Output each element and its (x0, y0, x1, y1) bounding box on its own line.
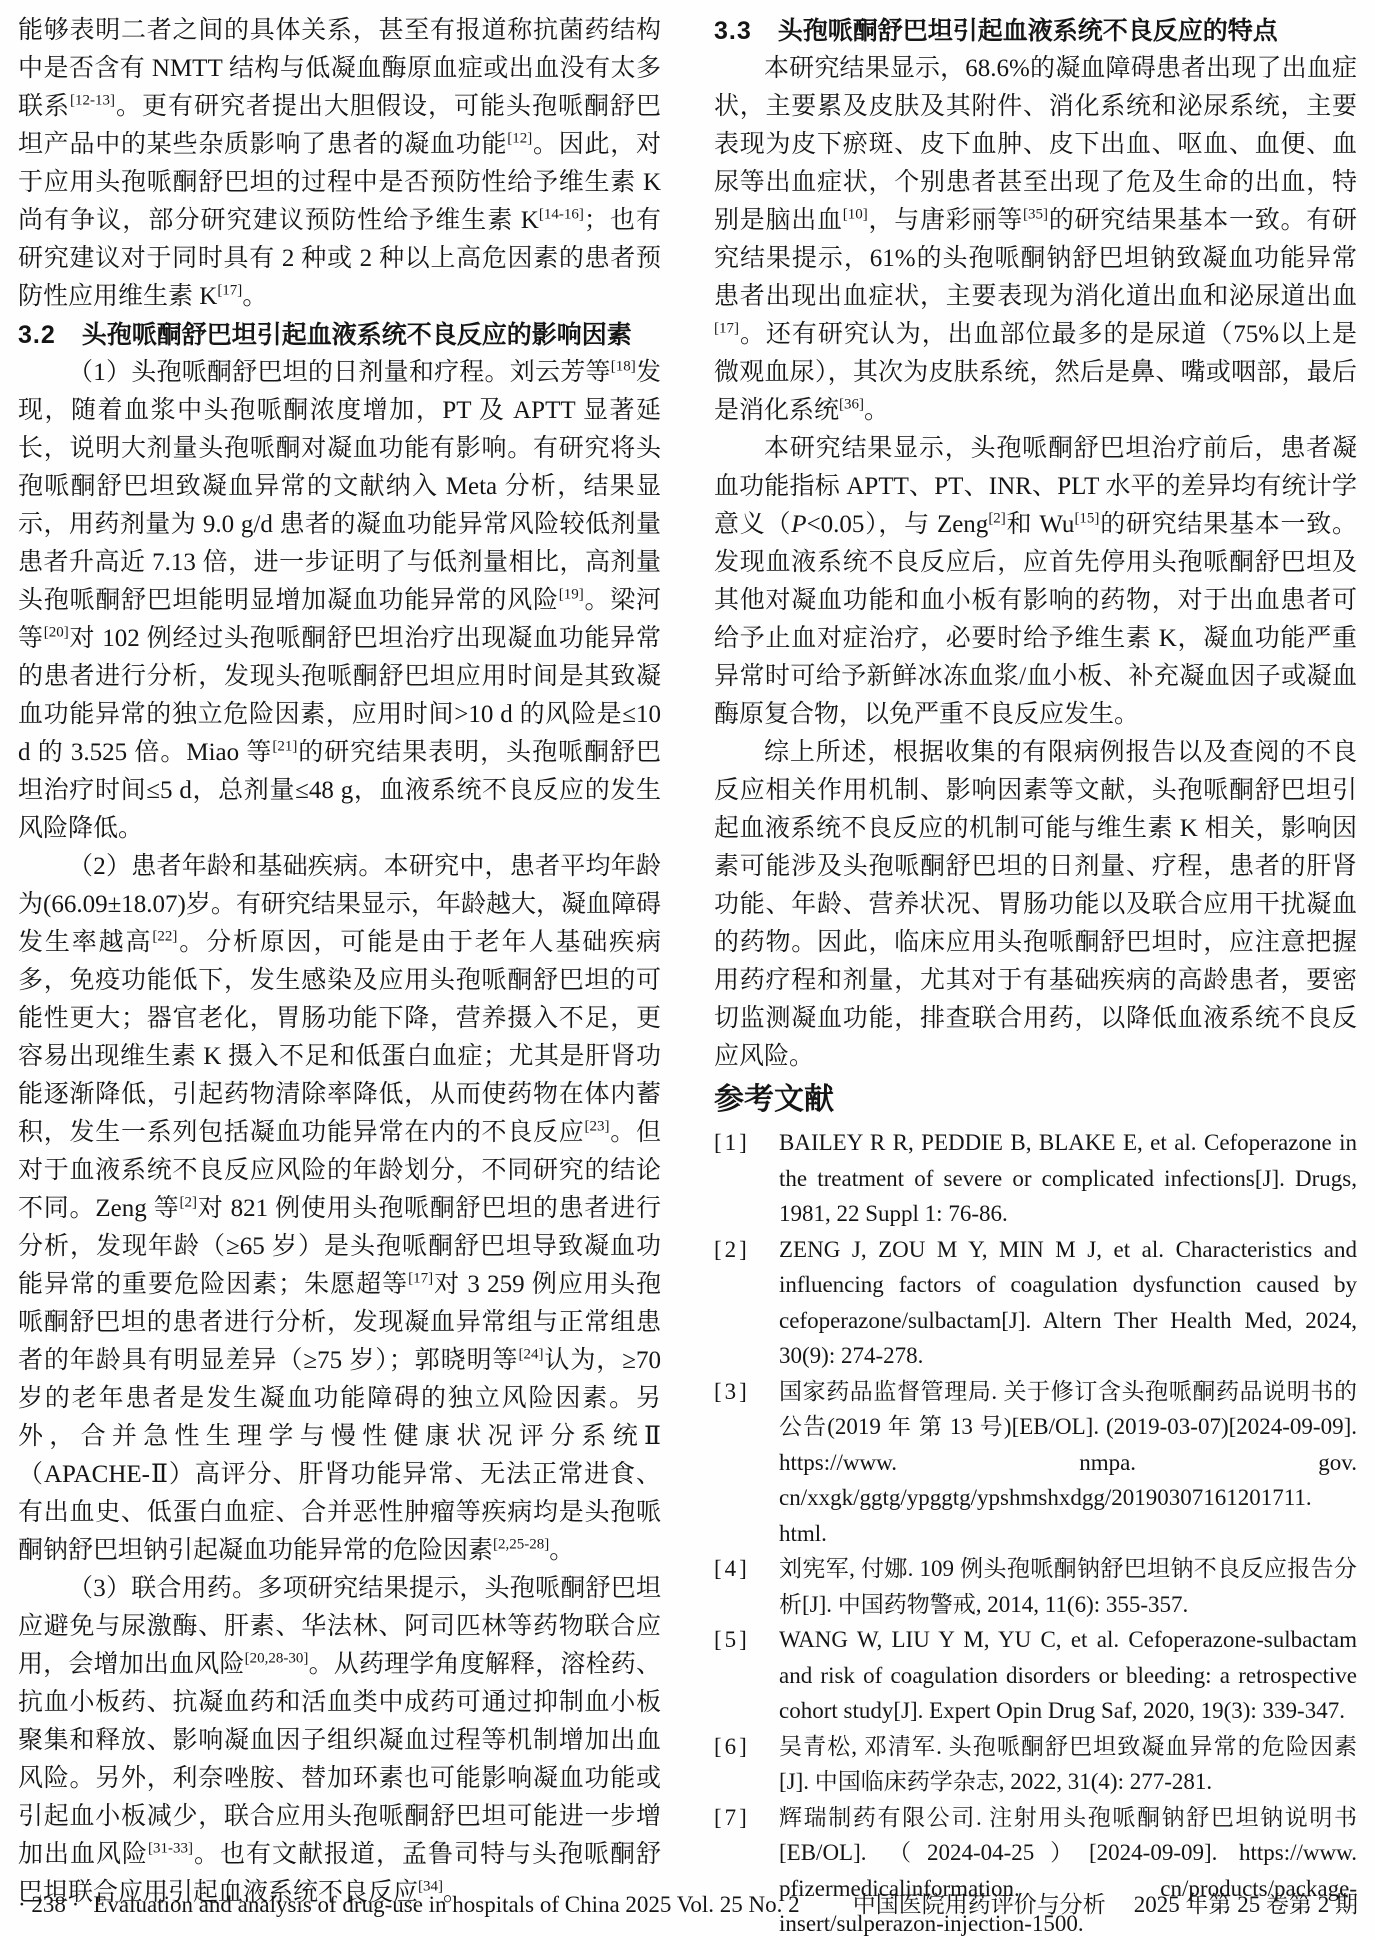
reference-number: [1] (714, 1125, 750, 1161)
reference-text: ZENG J, ZOU M Y, MIN M J, et al. Charact… (779, 1237, 1357, 1369)
section-title: 头孢哌酮舒巴坦引起血液系统不良反应的影响因素 (82, 321, 632, 349)
page-number: · 238 · (18, 1892, 79, 1917)
left-column: 能够表明二者之间的具体关系，甚至有报道称抗菌药结构中是否含有 NMTT 结构与低… (18, 12, 661, 1940)
reference-item-6: [6]吴青松, 邓清军. 头孢哌酮舒巴坦致凝血异常的危险因素[J]. 中国临床药… (714, 1729, 1357, 1800)
reference-item-4: [4]刘宪军, 付娜. 109 例头孢哌酮钠舒巴坦钠不良反应报告分析[J]. 中… (714, 1551, 1357, 1622)
reference-text: BAILEY R R, PEDDIE B, BLAKE E, et al. Ce… (779, 1130, 1357, 1226)
reference-number: [7] (714, 1800, 750, 1836)
references-heading: 参考文献 (714, 1077, 1357, 1122)
section-title: 头孢哌酮舒巴坦引起血液系统不良反应的特点 (778, 17, 1278, 45)
paragraph-age-disease: （2）患者年龄和基础疾病。本研究中，患者平均年龄为(66.09±18.07)岁。… (18, 848, 661, 1570)
reference-number: [2] (714, 1232, 750, 1268)
section-number: 3.2 (18, 321, 56, 349)
reference-text: 吴青松, 邓清军. 头孢哌酮舒巴坦致凝血异常的危险因素[J]. 中国临床药学杂志… (779, 1734, 1357, 1795)
reference-number: [3] (714, 1374, 750, 1410)
page-footer: · 238 ·Evaluation and analysis of drug-u… (18, 1890, 1358, 1920)
right-column: 3.3头孢哌酮舒巴坦引起血液系统不良反应的特点 本研究结果显示，68.6%的凝血… (714, 12, 1357, 1940)
reference-item-2: [2]ZENG J, ZOU M Y, MIN M J, et al. Char… (714, 1232, 1357, 1374)
reference-number: [6] (714, 1729, 750, 1765)
section-heading-3-2: 3.2头孢哌酮舒巴坦引起血液系统不良反应的影响因素 (18, 316, 661, 354)
footer-english-journal: Evaluation and analysis of drug-use in h… (93, 1892, 799, 1917)
paragraph-continued: 能够表明二者之间的具体关系，甚至有报道称抗菌药结构中是否含有 NMTT 结构与低… (18, 12, 661, 316)
paragraph-dose-course: （1）头孢哌酮舒巴坦的日剂量和疗程。刘云芳等[18]发现，随着血浆中头孢哌酮浓度… (18, 354, 661, 848)
paragraph-conclusion: 综上所述，根据收集的有限病例报告以及查阅的不良反应相关作用机制、影响因素等文献，… (714, 734, 1357, 1076)
section-number: 3.3 (714, 17, 752, 45)
reference-item-5: [5]WANG W, LIU Y M, YU C, et al. Cefoper… (714, 1622, 1357, 1729)
paragraph-combined-medication: （3）联合用药。多项研究结果提示，头孢哌酮舒巴坦应避免与尿激酶、肝素、华法林、阿… (18, 1570, 661, 1912)
paragraph-coagulation-indicators: 本研究结果显示，头孢哌酮舒巴坦治疗前后，患者凝血功能指标 APTT、PT、INR… (714, 430, 1357, 734)
reference-text: 刘宪军, 付娜. 109 例头孢哌酮钠舒巴坦钠不良反应报告分析[J]. 中国药物… (779, 1556, 1357, 1617)
footer-issue: 2025 年第 25 卷第 2 期 (1134, 1892, 1358, 1917)
footer-left: · 238 ·Evaluation and analysis of drug-u… (18, 1890, 800, 1920)
two-column-layout: 能够表明二者之间的具体关系，甚至有报道称抗菌药结构中是否含有 NMTT 结构与低… (18, 12, 1358, 1940)
reference-number: [4] (714, 1551, 750, 1587)
section-heading-3-3: 3.3头孢哌酮舒巴坦引起血液系统不良反应的特点 (714, 12, 1357, 50)
reference-text: 国家药品监督管理局. 关于修订含头孢哌酮药品说明书的公告(2019 年 第 13… (779, 1379, 1357, 1546)
paragraph-bleeding-features: 本研究结果显示，68.6%的凝血障碍患者出现了出血症状，主要累及皮肤及其附件、消… (714, 50, 1357, 430)
footer-right: 中国医院用药评价与分析2025 年第 25 卷第 2 期 (853, 1890, 1358, 1920)
reference-number: [5] (714, 1622, 750, 1658)
footer-chinese-journal: 中国医院用药评价与分析 (853, 1892, 1106, 1917)
reference-item-1: [1]BAILEY R R, PEDDIE B, BLAKE E, et al.… (714, 1125, 1357, 1232)
reference-item-3: [3]国家药品监督管理局. 关于修订含头孢哌酮药品说明书的公告(2019 年 第… (714, 1374, 1357, 1552)
journal-article-page: 能够表明二者之间的具体关系，甚至有报道称抗菌药结构中是否含有 NMTT 结构与低… (0, 0, 1375, 1940)
reference-text: WANG W, LIU Y M, YU C, et al. Cefoperazo… (779, 1627, 1357, 1723)
